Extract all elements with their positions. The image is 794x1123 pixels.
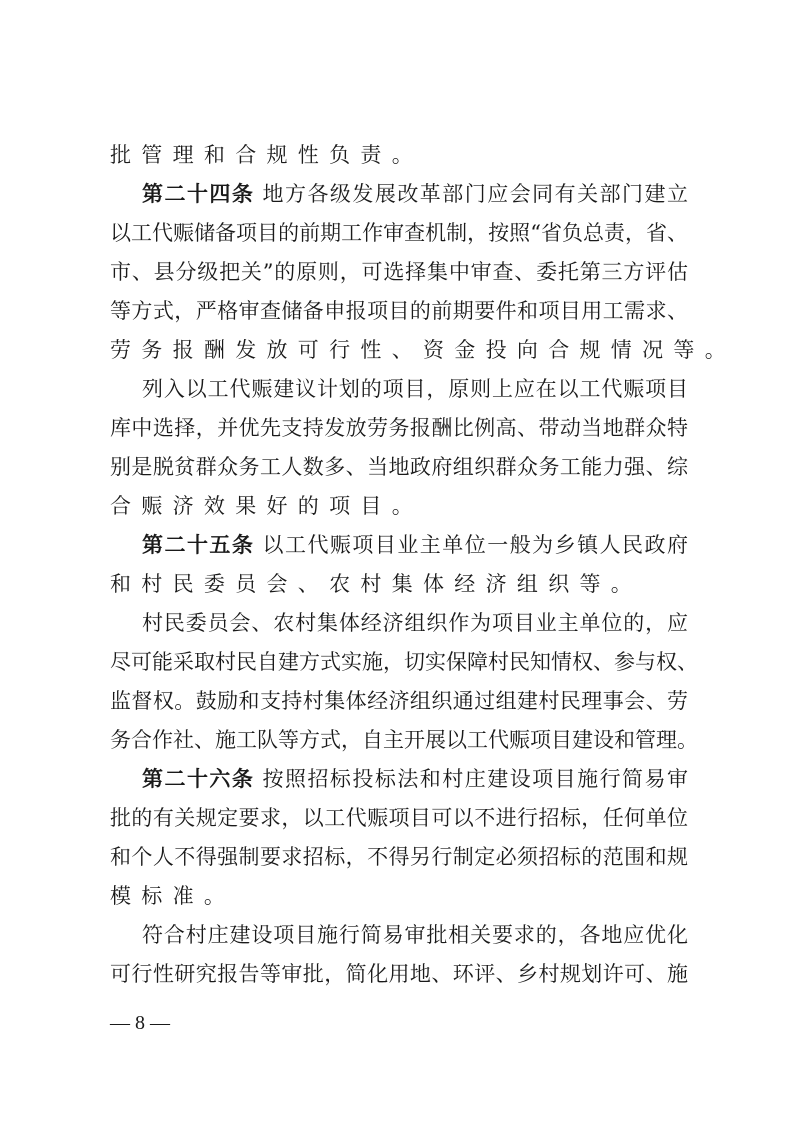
text-line: 村民委员会、农村集体经济组织作为项目业主单位的，应	[142, 604, 688, 643]
text-line: 监督权。鼓励和支持村集体经济组织通过组建村民理事会、劳	[110, 682, 688, 721]
article-26-heading-line: 第二十六条 按照招标投标法和村庄建设项目施行简易审	[142, 760, 688, 799]
text-line: 批的有关规定要求，以工代赈项目可以不进行招标，任何单位	[110, 799, 688, 838]
text-line: 市、县分级把关”的原则，可选择集中审查、委托第三方评估	[110, 253, 688, 292]
article-number: 第二十六条	[142, 767, 254, 791]
document-page: 批管理和合规性负责。 第二十四条 地方各级发展改革部门应会同有关部门建立 以工代…	[0, 0, 794, 1123]
text-line: 符合村庄建设项目施行简易审批相关要求的，各地应优化	[142, 916, 688, 955]
page-number: — 8 —	[110, 1009, 170, 1037]
text-line: 别是脱贫群众务工人数多、当地政府组织群众务工能力强、综	[110, 448, 688, 487]
article-number: 第二十五条	[142, 533, 254, 557]
text-line: 可行性研究报告等审批，简化用地、环评、乡村规划许可、施	[110, 955, 688, 994]
text-line: 务合作社、施工队等方式，自主开展以工代赈项目建设和管理。	[110, 721, 688, 760]
text-line: 和村民委员会、农村集体经济组织等。	[110, 565, 688, 604]
text-line: 批管理和合规性负责。	[110, 136, 688, 175]
text-line: 合赈济效果好的项目。	[110, 487, 688, 526]
article-25-heading-line: 第二十五条 以工代赈项目业主单位一般为乡镇人民政府	[142, 526, 688, 565]
article-24-heading-line: 第二十四条 地方各级发展改革部门应会同有关部门建立	[142, 175, 688, 214]
text-line: 模标准。	[110, 877, 688, 916]
text-line: 列入以工代赈建议计划的项目，原则上应在以工代赈项目	[142, 370, 688, 409]
text-line: 劳务报酬发放可行性、资金投向合规情况等。	[110, 331, 688, 370]
text-line: 和个人不得强制要求招标，不得另行制定必须招标的范围和规	[110, 838, 688, 877]
text-line: 尽可能采取村民自建方式实施，切实保障村民知情权、参与权、	[110, 643, 688, 682]
text-line: 库中选择，并优先支持发放劳务报酬比例高、带动当地群众特	[110, 409, 688, 448]
article-number: 第二十四条	[142, 182, 254, 206]
text-line: 等方式，严格审查储备申报项目的前期要件和项目用工需求、	[110, 292, 688, 331]
text-line: 以工代赈储备项目的前期工作审查机制，按照“省负总责，省、	[110, 214, 688, 253]
